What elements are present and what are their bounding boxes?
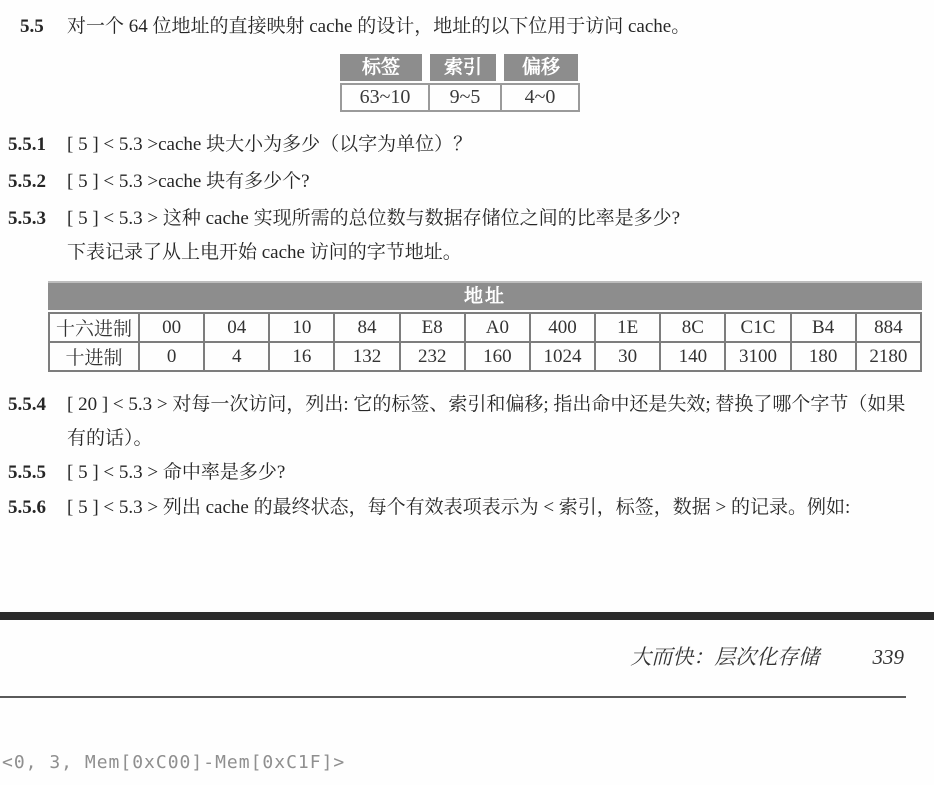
subproblem-554: 5.5.4 [ 20 ] < 5.3 > 对每一次访问，列出: 它的标签、索引和… bbox=[8, 388, 924, 456]
subproblem-text: [ 5 ] < 5.3 >cache 块大小为多少（以字为单位）？ bbox=[67, 132, 920, 157]
subproblem-prefix: [ 5 ] < 5.3 > bbox=[67, 497, 158, 518]
bits-header-gap bbox=[496, 54, 504, 81]
dec-cell: 160 bbox=[465, 342, 530, 371]
address-table: 地址 十六进制 00 04 10 84 E8 A0 400 1E 8C C1C … bbox=[48, 281, 922, 372]
running-header: 大而快：层次化存储 339 bbox=[630, 641, 904, 671]
dec-cell: 140 bbox=[660, 342, 725, 371]
dec-cell: 4 bbox=[204, 342, 269, 371]
hex-cell: E8 bbox=[400, 313, 465, 342]
subproblem-number: 5.5.6 bbox=[8, 495, 67, 520]
subproblem-body: 命中率是多少? bbox=[158, 462, 285, 483]
subproblem-553-note: 下表记录了从上电开始 cache 访问的字节地址。 bbox=[67, 240, 907, 265]
dec-cell: 16 bbox=[269, 342, 334, 371]
dec-cell: 30 bbox=[595, 342, 660, 371]
dec-row: 十进制 0 4 16 132 232 160 1024 30 140 3100 … bbox=[49, 342, 921, 371]
hex-cell: C1C bbox=[725, 313, 790, 342]
hex-row-label: 十六进制 bbox=[49, 313, 139, 342]
subproblem-number: 5.5.2 bbox=[8, 169, 67, 194]
dec-cell: 1024 bbox=[530, 342, 595, 371]
dec-cell: 0 bbox=[139, 342, 204, 371]
cache-entry-code-line: <0, 3, Mem[0xC00]-Mem[0xC1F]> bbox=[2, 752, 345, 773]
subproblem-number: 5.5.1 bbox=[8, 132, 67, 157]
subproblem-prefix: [ 20 ] < 5.3 > bbox=[67, 394, 168, 415]
hex-cell: 84 bbox=[334, 313, 399, 342]
subproblem-556: 5.5.6 [ 5 ] < 5.3 > 列出 cache 的最终状态，每个有效表… bbox=[8, 495, 928, 520]
subproblem-prefix: [ 5 ] < 5.3 > bbox=[67, 171, 158, 192]
bits-table-header-row: 标签 索引 偏移 bbox=[340, 54, 580, 81]
problem-text: 对一个 64 位地址的直接映射 cache 的设计，地址的以下位用于访问 cac… bbox=[67, 14, 920, 39]
bits-header-gap bbox=[422, 54, 430, 81]
bits-value-offset: 4~0 bbox=[502, 83, 580, 112]
problem-heading: 5.5 对一个 64 位地址的直接映射 cache 的设计，地址的以下位用于访问… bbox=[20, 14, 920, 39]
bits-value-tag: 63~10 bbox=[340, 83, 430, 112]
page-number: 339 bbox=[873, 645, 905, 669]
subproblem-555: 5.5.5 [ 5 ] < 5.3 > 命中率是多少? bbox=[8, 460, 920, 485]
bits-value-index: 9~5 bbox=[430, 83, 502, 112]
subproblem-551: 5.5.1 [ 5 ] < 5.3 >cache 块大小为多少（以字为单位）？ bbox=[8, 132, 920, 157]
hex-cell: 00 bbox=[139, 313, 204, 342]
hex-cell: B4 bbox=[791, 313, 856, 342]
subproblem-552: 5.5.2 [ 5 ] < 5.3 >cache 块有多少个? bbox=[8, 169, 920, 194]
bits-header-offset: 偏移 bbox=[504, 54, 578, 81]
dec-cell: 232 bbox=[400, 342, 465, 371]
hex-row: 十六进制 00 04 10 84 E8 A0 400 1E 8C C1C B4 … bbox=[49, 313, 921, 342]
problem-number: 5.5 bbox=[20, 14, 67, 39]
bits-header-index: 索引 bbox=[430, 54, 496, 81]
subproblem-text: [ 5 ] < 5.3 > 命中率是多少? bbox=[67, 460, 920, 485]
subproblem-number: 5.5.5 bbox=[8, 460, 67, 485]
subproblem-body: cache 块大小为多少（以字为单位）？ bbox=[158, 134, 472, 155]
subproblem-body: 列出 cache 的最终状态，每个有效表项表示为 < 索引，标签，数据 > 的记… bbox=[158, 497, 850, 518]
hex-cell: A0 bbox=[465, 313, 530, 342]
subproblem-number: 5.5.4 bbox=[8, 388, 67, 456]
hex-cell: 10 bbox=[269, 313, 334, 342]
bits-table: 标签 索引 偏移 63~10 9~5 4~0 bbox=[340, 54, 580, 112]
subproblem-prefix: [ 5 ] < 5.3 > bbox=[67, 134, 158, 155]
subproblem-prefix: [ 5 ] < 5.3 > bbox=[67, 462, 158, 483]
hex-cell: 884 bbox=[856, 313, 921, 342]
bits-table-value-row: 63~10 9~5 4~0 bbox=[340, 83, 580, 112]
dec-cell: 3100 bbox=[725, 342, 790, 371]
address-table-grid: 十六进制 00 04 10 84 E8 A0 400 1E 8C C1C B4 … bbox=[48, 312, 922, 372]
subproblem-body: cache 块有多少个? bbox=[158, 171, 309, 192]
hex-cell: 1E bbox=[595, 313, 660, 342]
subproblem-text: [ 5 ] < 5.3 >cache 块有多少个? bbox=[67, 169, 920, 194]
subproblem-prefix: [ 5 ] < 5.3 > bbox=[67, 208, 158, 229]
running-header-title: 大而快：层次化存储 bbox=[630, 645, 819, 669]
hex-cell: 04 bbox=[204, 313, 269, 342]
bits-header-tag: 标签 bbox=[340, 54, 422, 81]
subproblem-553: 5.5.3 [ 5 ] < 5.3 > 这种 cache 实现所需的总位数与数据… bbox=[8, 206, 920, 231]
subproblem-body: 对每一次访问，列出: 它的标签、索引和偏移; 指出命中还是失效; 替换了哪个字节… bbox=[67, 394, 905, 449]
section-divider-bar bbox=[0, 612, 934, 620]
hex-cell: 8C bbox=[660, 313, 725, 342]
dec-row-label: 十进制 bbox=[49, 342, 139, 371]
hex-cell: 400 bbox=[530, 313, 595, 342]
subproblem-text: [ 5 ] < 5.3 > 列出 cache 的最终状态，每个有效表项表示为 <… bbox=[67, 495, 928, 520]
subproblem-text: [ 5 ] < 5.3 > 这种 cache 实现所需的总位数与数据存储位之间的… bbox=[67, 206, 920, 231]
dec-cell: 2180 bbox=[856, 342, 921, 371]
dec-cell: 180 bbox=[791, 342, 856, 371]
subproblem-text: [ 20 ] < 5.3 > 对每一次访问，列出: 它的标签、索引和偏移; 指出… bbox=[67, 388, 924, 456]
header-rule bbox=[0, 696, 906, 698]
textbook-page: 5.5 对一个 64 位地址的直接映射 cache 的设计，地址的以下位用于访问… bbox=[0, 0, 934, 785]
dec-cell: 132 bbox=[334, 342, 399, 371]
address-table-title: 地址 bbox=[48, 281, 922, 310]
subproblem-body: 这种 cache 实现所需的总位数与数据存储位之间的比率是多少? bbox=[158, 208, 680, 229]
subproblem-number: 5.5.3 bbox=[8, 206, 67, 231]
